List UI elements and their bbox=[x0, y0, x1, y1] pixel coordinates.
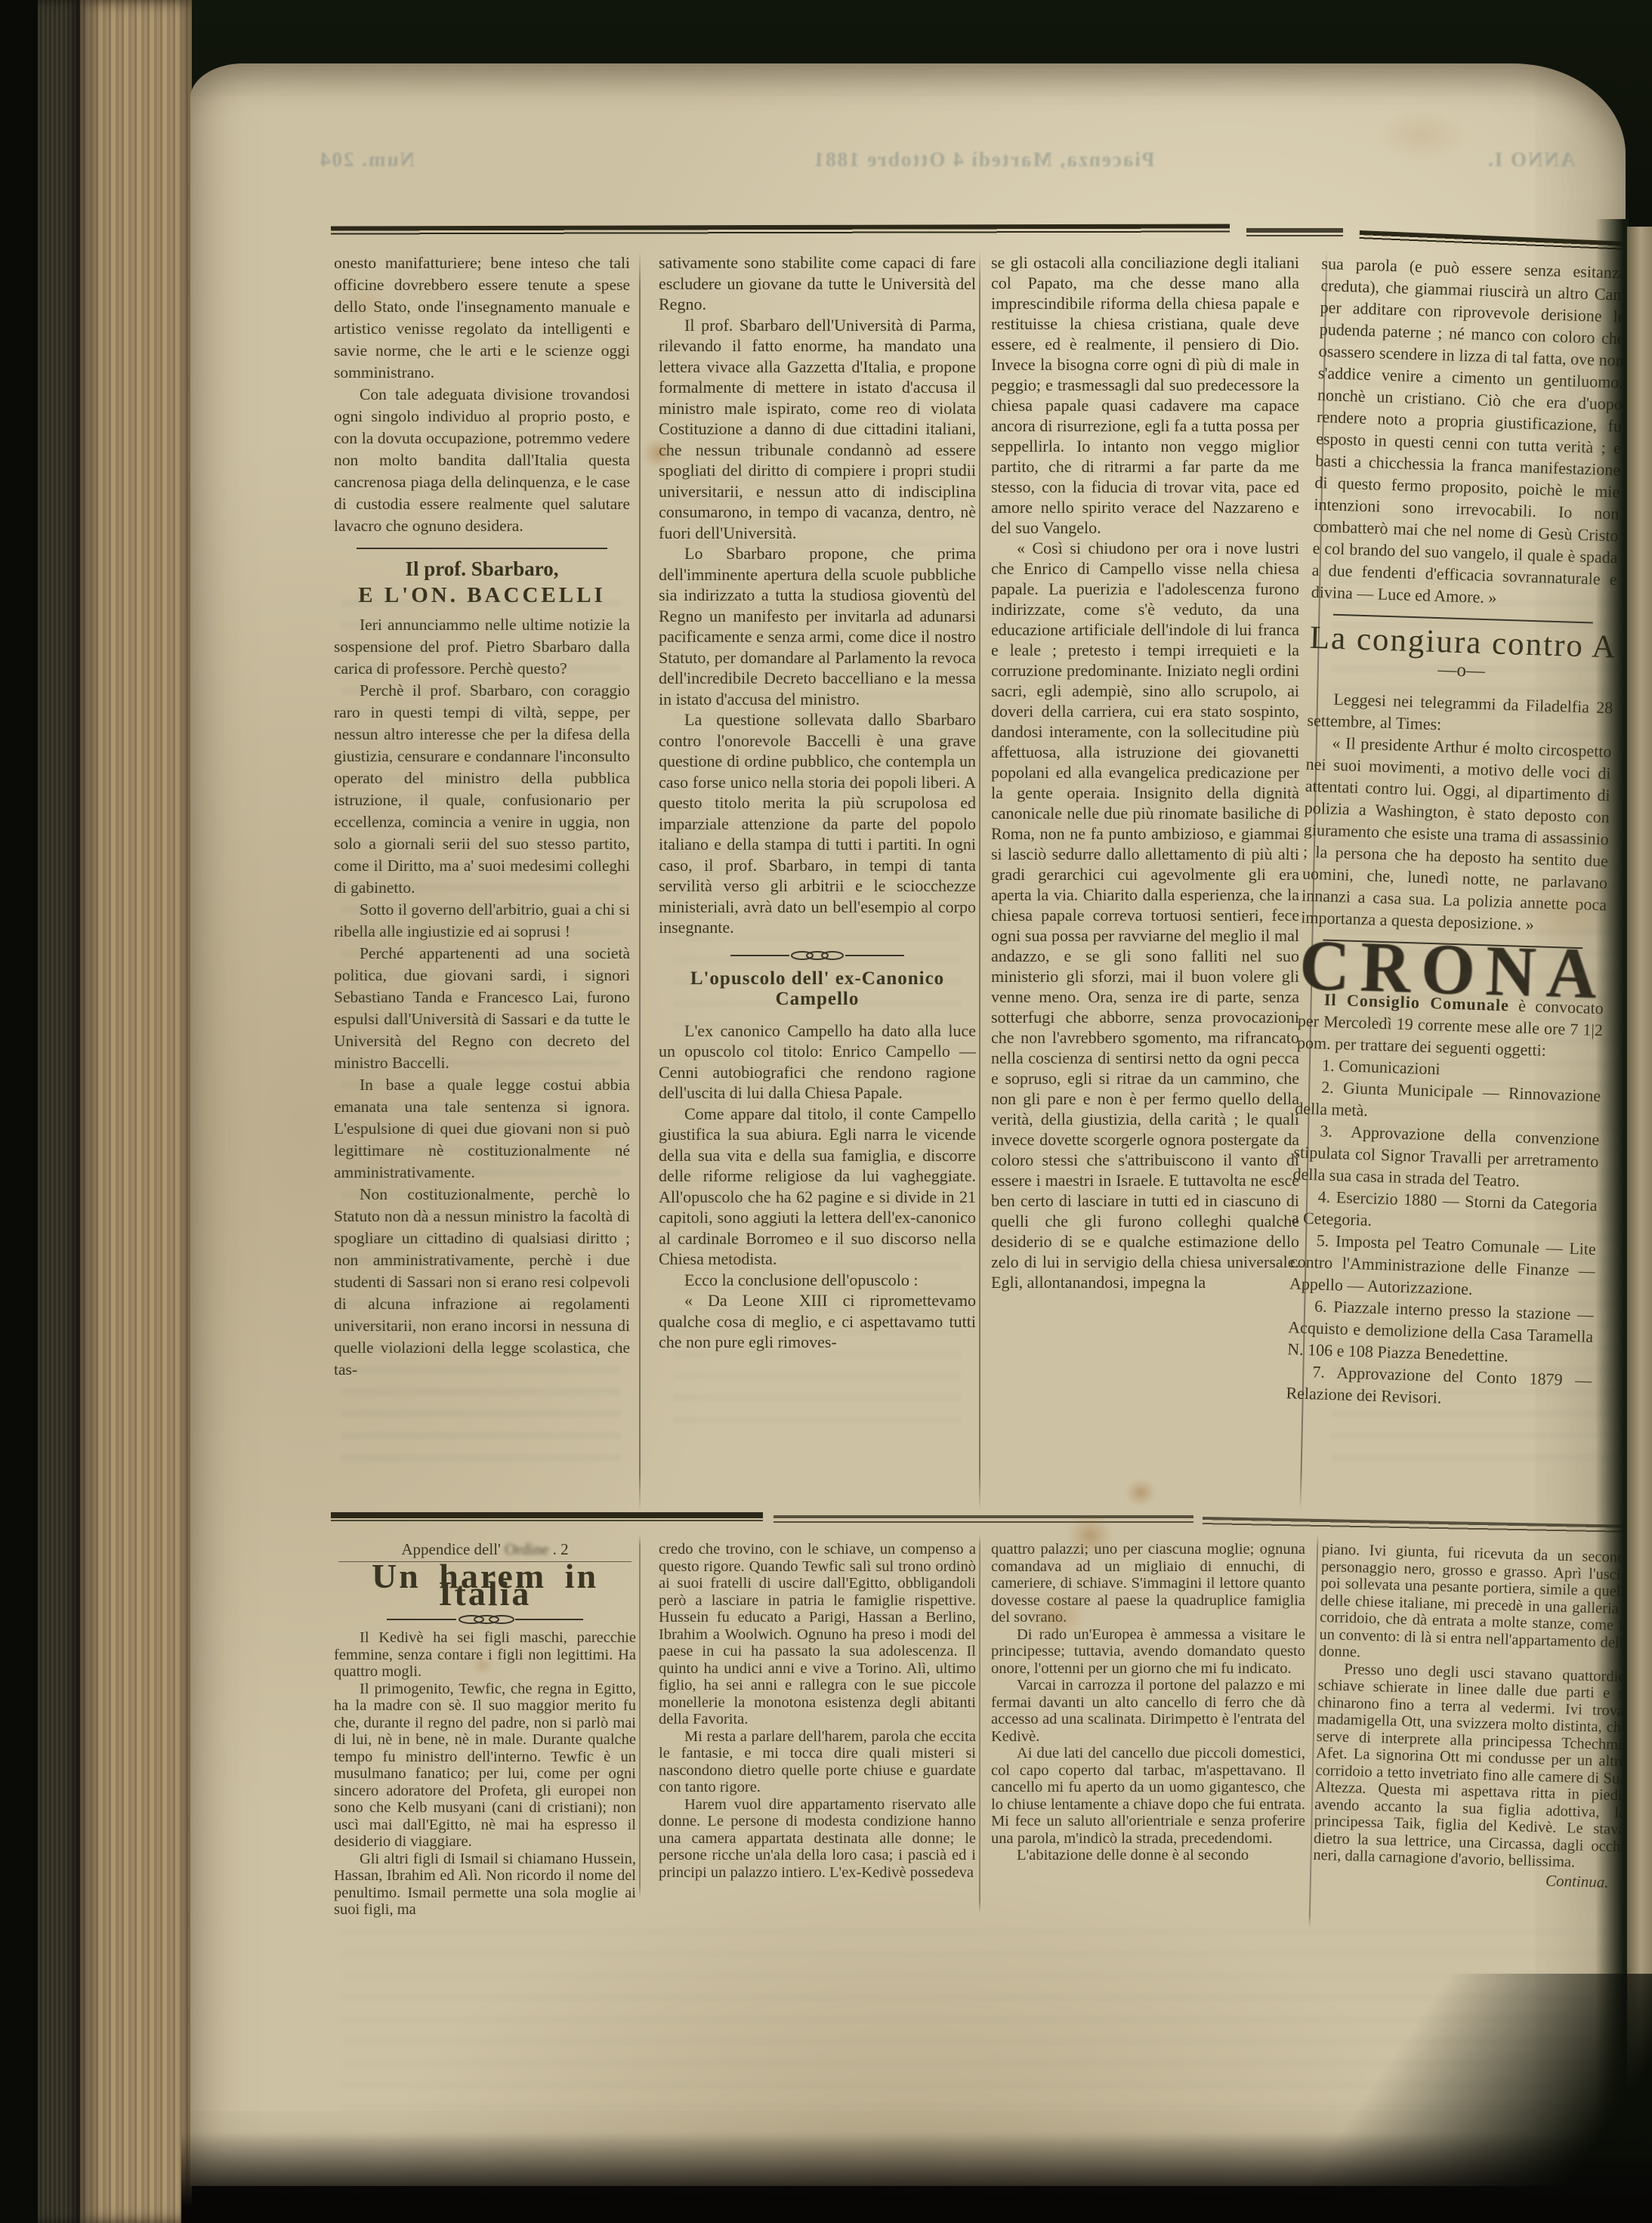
facing-page-edge bbox=[1627, 227, 1652, 2223]
column-divider bbox=[979, 251, 980, 1511]
agenda-item: 5. Imposta pel Teatro Comunale — Lite co… bbox=[1289, 1228, 1597, 1304]
article-heading-campello: L'opuscolo dell' ex-Canonico Campello bbox=[659, 968, 976, 1010]
feuilleton-column-2: credo che trovino, con le schiave, un co… bbox=[659, 1541, 976, 1881]
paragraph: onesto manifatturiere; bene inteso che t… bbox=[334, 252, 630, 384]
paragraph: se gli ostacoli alla conciliazione degli… bbox=[991, 252, 1299, 538]
page-stack-edge bbox=[80, 0, 192, 2223]
ghost-issue-number: Num. 204 bbox=[319, 148, 415, 171]
appendix-header-text: Appendice dell' bbox=[401, 1540, 501, 1558]
feuilleton-column-3: quattro palazzi; uno per ciascuna moglie… bbox=[991, 1541, 1305, 1864]
column-1: onesto manifatturiere; bene inteso che t… bbox=[334, 252, 630, 1515]
article-heading-sbarbaro: Il prof. Sbarbaro, E L'ON. BACCELLI bbox=[334, 558, 630, 607]
paragraph: Ai due lati del cancello due piccoli dom… bbox=[991, 1745, 1305, 1847]
paragraph: L'ex canonico Campello ha dato alla luce… bbox=[659, 1020, 976, 1104]
paragraph: Lo Sbarbaro propone, che prima dell'immi… bbox=[659, 543, 976, 709]
article-heading-arthur: La congiura contro Arthur bbox=[1310, 627, 1616, 659]
gutter-crease bbox=[1595, 219, 1629, 2223]
masthead-rule bbox=[1246, 228, 1343, 237]
paragraph: Perché appartenenti ad una società polit… bbox=[334, 943, 630, 1074]
braid-ornament bbox=[334, 1614, 636, 1625]
paragraph: piano. Ivi giunta, fui ricevuta da un se… bbox=[1319, 1541, 1633, 1669]
braid-ornament bbox=[659, 950, 976, 961]
paragraph: Gli altri figli di Ismail si chiamano Hu… bbox=[334, 1851, 636, 1919]
agenda-item: 7. Approvazione del Conto 1879 — Relazio… bbox=[1286, 1360, 1592, 1413]
paragraph: In base a quale legge costui abbia emana… bbox=[334, 1074, 630, 1184]
paragraph: credo che trovino, con le schiave, un co… bbox=[659, 1541, 976, 1728]
column-2: sativamente sono stabilite come capaci d… bbox=[659, 252, 976, 1515]
column-divider bbox=[639, 1535, 641, 1897]
paragraph: Il primogenito, Tewfic, che regna in Egi… bbox=[334, 1681, 636, 1851]
feuilleton-column-4: piano. Ivi giunta, fui ricevuta da un se… bbox=[1312, 1541, 1632, 1891]
paragraph: Il prof. Sbarbaro dell'Università di Par… bbox=[659, 315, 976, 544]
paragraph: Harem vuol dire appartamento riservato a… bbox=[659, 1796, 976, 1882]
book-cover-edge bbox=[38, 0, 80, 2223]
column-divider bbox=[639, 251, 641, 1511]
cronaca-section-title: CRONACA bbox=[1299, 953, 1605, 986]
agenda-item: 6. Piazzale interno presso la stazione —… bbox=[1287, 1294, 1595, 1369]
paragraph: Come appare dal titolo, il conte Campell… bbox=[659, 1104, 976, 1270]
newspaper-page: Num. 204 Piacenza, Martedì 4 Ottobre 188… bbox=[190, 63, 1626, 2186]
heading-line: Il prof. Sbarbaro, bbox=[334, 558, 630, 580]
paragraph: Sotto il governo dell'arbitrio, guai a c… bbox=[334, 899, 630, 943]
braid-ornament-glyph bbox=[730, 950, 904, 961]
paragraph: « Così si chiudono per ora i nove lustri… bbox=[991, 538, 1299, 1292]
heading-line: E L'ON. BACCELLI bbox=[334, 585, 630, 607]
paragraph: « Il presidente Arthur é molto circospet… bbox=[1301, 731, 1612, 938]
feuilleton-rule bbox=[331, 1512, 763, 1522]
braid-ornament-glyph bbox=[387, 1614, 583, 1625]
ghost-year-label: ANNO I. bbox=[1487, 148, 1576, 171]
masthead-rule bbox=[331, 224, 1230, 235]
paragraph: Perchè il prof. Sbarbaro, con coraggio r… bbox=[334, 680, 630, 899]
paragraph: Il Kedivè ha sei figli maschi, parecchie… bbox=[334, 1629, 636, 1681]
feuilleton-title: Un harem in Italia bbox=[334, 1568, 636, 1602]
paragraph: Ecco la conclusione dell'opuscolo : bbox=[659, 1270, 976, 1291]
paragraph: Con tale adeguata divisione trovandosi o… bbox=[334, 384, 630, 537]
paragraph: quattro palazzi; uno per ciascuna moglie… bbox=[991, 1541, 1305, 1626]
paragraph: La questione sollevata dallo Sbarbaro co… bbox=[659, 709, 976, 938]
appendix-header-number: . 2 bbox=[553, 1540, 569, 1558]
column-3: se gli ostacoli alla conciliazione degli… bbox=[991, 252, 1299, 1515]
appendix-header: Appendice dell' Ordine . 2 bbox=[334, 1541, 636, 1558]
paragraph: sua parola (e può essere senza esitanza … bbox=[1311, 252, 1626, 612]
paragraph: « Da Leone XIII ci ripromettevamo qualch… bbox=[659, 1290, 976, 1353]
paragraph: Mi resta a parlare dell'harem, parola ch… bbox=[659, 1728, 976, 1796]
feuilleton-column-1: Appendice dell' Ordine . 2 Un harem in I… bbox=[334, 1541, 636, 1919]
paragraph: Di rado un'Europea è ammessa a visitare … bbox=[991, 1626, 1305, 1678]
paragraph: L'abitazione delle donne è al secondo bbox=[991, 1847, 1305, 1864]
bottom-shadow bbox=[181, 2132, 1652, 2223]
paragraph: Presso uno degli usci stavano quattordic… bbox=[1313, 1660, 1629, 1872]
agenda-item: 3. Approvazione della convenzione stipul… bbox=[1292, 1119, 1600, 1194]
ghost-dateline: Piacenza, Martedì 4 Ottobre 1881 bbox=[719, 148, 1248, 171]
scanned-newspaper-photo: Num. 204 Piacenza, Martedì 4 Ottobre 188… bbox=[0, 0, 1652, 2223]
paragraph: Varcai in carrozza il portone del palazz… bbox=[991, 1677, 1305, 1745]
stain bbox=[1376, 109, 1467, 162]
paragraph: Ieri annunciammo nelle ultime notizie la… bbox=[334, 614, 630, 680]
column-4: sua parola (e può essere senza esitanza … bbox=[1282, 252, 1626, 1524]
article-rule bbox=[357, 548, 607, 549]
paragraph: Non costituzionalmente, perchè lo Statut… bbox=[334, 1184, 630, 1381]
paragraph: sativamente sono stabilite come capaci d… bbox=[659, 252, 976, 315]
appendix-header-smudged-word: Ordine bbox=[501, 1540, 553, 1558]
column-divider bbox=[979, 1535, 980, 1913]
feuilleton-rule bbox=[774, 1515, 1193, 1525]
